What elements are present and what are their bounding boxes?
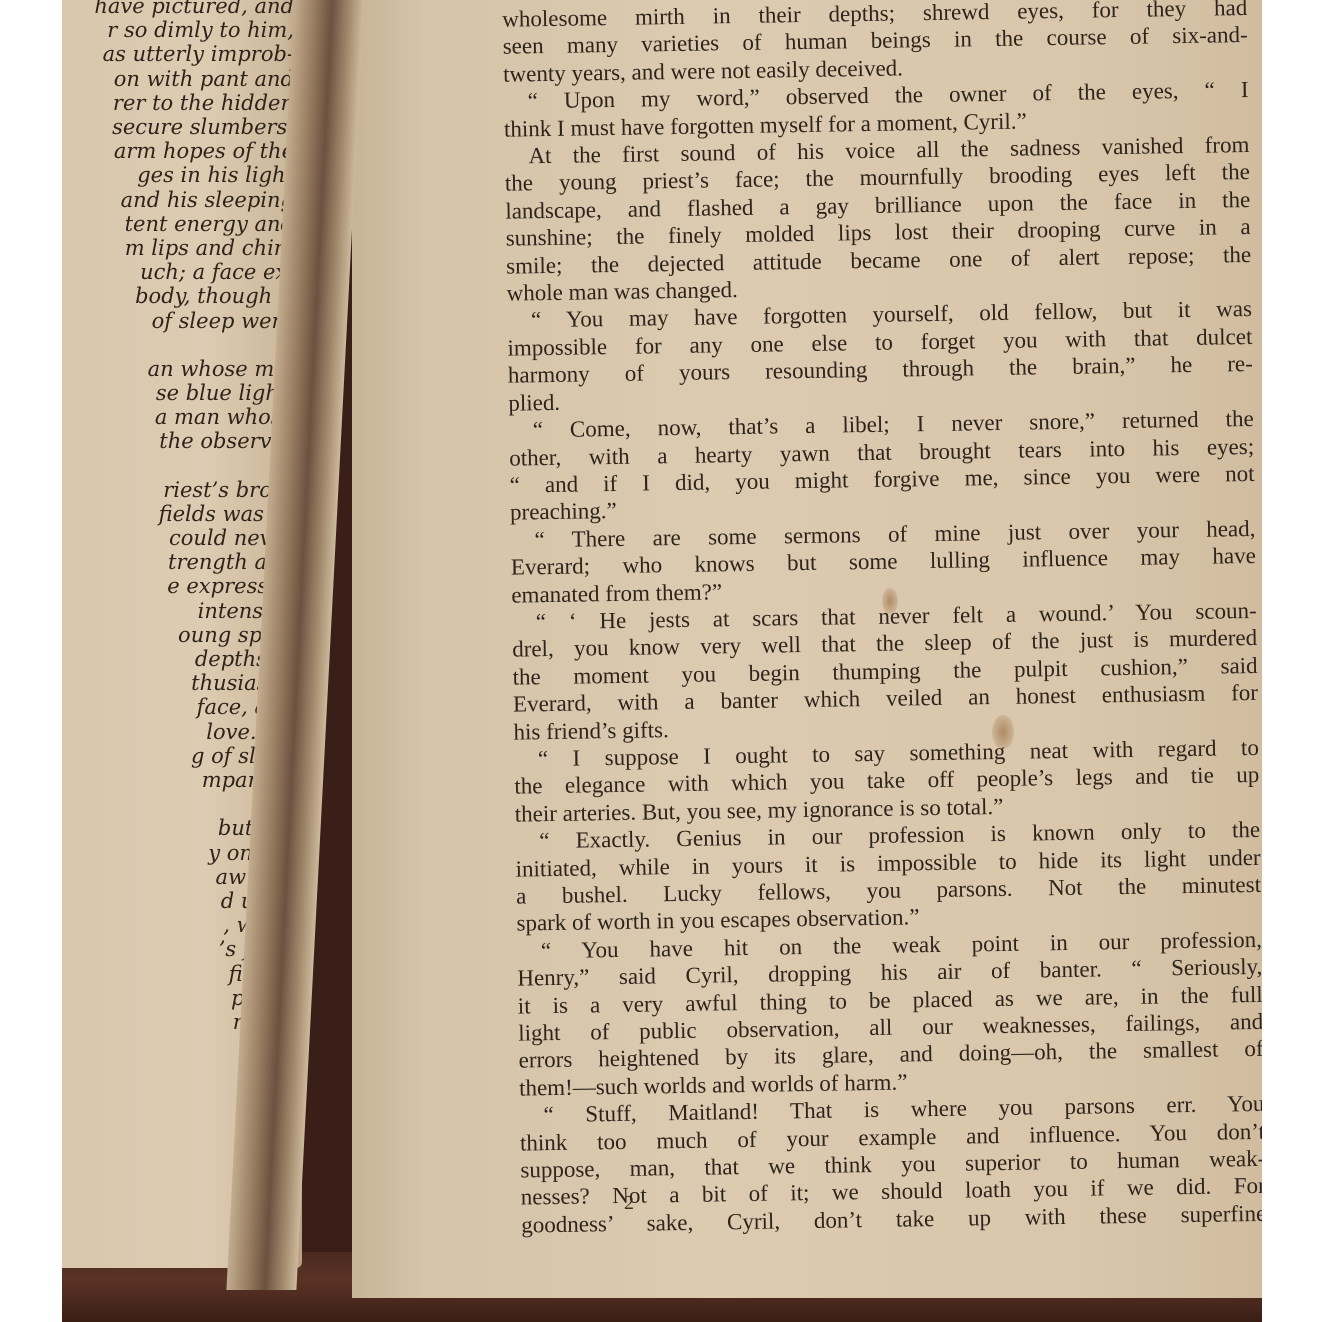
- text-line: the observer: [62, 429, 294, 453]
- text-line: se blue light,: [62, 381, 294, 405]
- text-line: an whose mo-: [62, 357, 294, 381]
- text-line: oung spirit: [62, 623, 294, 647]
- text-line: [62, 333, 294, 357]
- text-line: rer to the hidden: [62, 91, 294, 115]
- text-line: secure slumbers,: [62, 115, 294, 139]
- text-line: arm hopes of the: [62, 139, 294, 163]
- text-line: m lips and chin,: [62, 236, 294, 260]
- text-line: uch; a face ex-: [62, 260, 294, 284]
- text-line: a man whose: [62, 405, 294, 429]
- text-line: and his sleeping: [62, 188, 294, 212]
- text-line: body, though it: [62, 284, 294, 308]
- signature-mark: 2: [624, 1192, 634, 1215]
- text-line: intensity.: [62, 599, 294, 623]
- text-line: could never: [62, 526, 294, 550]
- text-line: [62, 454, 294, 478]
- text-line: have pictured, and: [62, 0, 294, 18]
- right-page: wholesome mirth in their depths; shrewd …: [352, 0, 1262, 1298]
- text-line: on with pant and: [62, 67, 294, 91]
- text-line: r so dimly to him,: [62, 18, 294, 42]
- foxing-stain: [992, 715, 1014, 749]
- text-line: ges in his light: [62, 163, 294, 187]
- right-page-text: wholesome mirth in their depths; shrewd …: [502, 0, 1262, 1239]
- text-line: riest’s brow,: [62, 478, 294, 502]
- text-line: e expressed: [62, 574, 294, 598]
- text-line: of sleep were: [62, 309, 294, 333]
- text-line: fields was so: [62, 502, 294, 526]
- foxing-stain: [882, 588, 898, 614]
- text-line: trength and: [62, 550, 294, 574]
- text-line: as utterly improb-: [62, 42, 294, 66]
- text-line: tent energy and: [62, 212, 294, 236]
- book-photo: have pictured, andr so dimly to him,as u…: [62, 0, 1262, 1322]
